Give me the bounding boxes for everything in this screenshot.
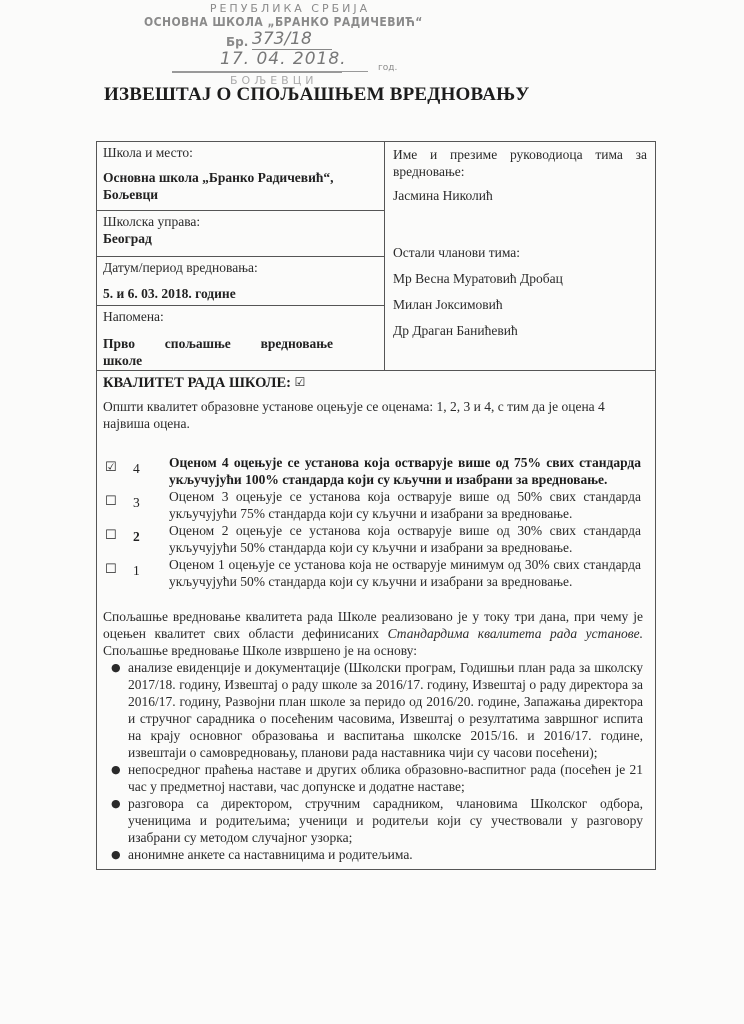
- unchecked-checkbox-icon[interactable]: ☐: [103, 494, 133, 509]
- team-column: Име и презиме руководиоца тима за вредно…: [385, 142, 655, 370]
- evaluation-paragraph: Спољашње вредновање квалитета рада Школе…: [103, 608, 649, 659]
- team-member: Мр Весна Муратовић Дробац: [393, 270, 647, 287]
- note-label: Напомена:: [103, 308, 378, 325]
- team-leader-label: Име и презиме руководиоца тима за вредно…: [393, 146, 647, 180]
- quality-heading-text: КВАЛИТЕТ РАДА ШКОЛЕ:: [103, 375, 291, 391]
- note-cell: Напомена: Прво спољашње вредновање школе: [97, 306, 384, 370]
- stamp-number-label: Бр.: [226, 35, 248, 49]
- grade-number: 2: [133, 529, 169, 545]
- list-item-text: анонимне анкете са наставницима и родите…: [128, 847, 413, 862]
- page-title: ИЗВЕШТАЈ О СПОЉАШЊЕМ ВРЕДНОВАЊУ: [104, 84, 530, 106]
- grade-number: 4: [133, 461, 169, 477]
- stamp-year-label: год.: [378, 63, 397, 73]
- date-label: Датум/период вредновања:: [103, 259, 378, 276]
- note-value-line1: Прво спољашње вредновање: [103, 335, 333, 352]
- quality-section: КВАЛИТЕТ РАДА ШКОЛЕ: ☑ Општи квалитет об…: [97, 371, 655, 869]
- bullet-icon: ●: [111, 795, 121, 812]
- list-item: ● разговора са директором, стручним сара…: [103, 795, 649, 846]
- uprava-value: Београд: [103, 230, 378, 247]
- list-item: ● непосредног праћења наставе и других о…: [103, 761, 649, 795]
- stamp-date-underline-short: [342, 71, 368, 72]
- grade-option-4: ☑ 4 Оценом 4 оцењује се установа која ос…: [103, 454, 649, 488]
- school-value: Основна школа „Бранко Радичевић“, Бољевц…: [103, 169, 378, 203]
- uprava-label: Школска управа:: [103, 213, 378, 230]
- team-member: Др Драган Банићевић: [393, 322, 647, 339]
- stamp-country: РЕПУБЛИКА СРБИЈА: [170, 2, 410, 15]
- school-cell: Школа и место: Основна школа „Бранко Рад…: [97, 142, 384, 211]
- date-value: 5. и 6. 03. 2018. године: [103, 285, 378, 302]
- team-members-label: Остали чланови тима:: [393, 244, 647, 261]
- list-item: ● анализе евиденције и документације (Шк…: [103, 659, 649, 761]
- list-item: ● анонимне анкете са наставницима и роди…: [103, 846, 649, 863]
- stamp-number-row: Бр. 373/18: [150, 29, 410, 51]
- checked-checkbox-icon: ☑: [295, 373, 306, 391]
- paragraph-italic: Стандардима квалитета рада установе.: [388, 626, 643, 641]
- stamp-date-underline: [172, 71, 342, 73]
- list-item-text: непосредног праћења наставе и других обл…: [128, 762, 643, 794]
- info-left-column: Школа и место: Основна школа „Бранко Рад…: [97, 142, 385, 370]
- report-table: Школа и место: Основна школа „Бранко Рад…: [96, 141, 656, 870]
- stamp-date-value: 17. 04. 2018.: [220, 49, 347, 69]
- date-cell: Датум/период вредновања: 5. и 6. 03. 201…: [97, 257, 384, 306]
- school-label: Школа и место:: [103, 144, 378, 161]
- info-section: Школа и место: Основна школа „Бранко Рад…: [97, 142, 655, 371]
- team-leader-name: Јасмина Николић: [393, 187, 647, 204]
- list-item-text: анализе евиденције и документације (Школ…: [128, 660, 643, 760]
- grade-option-3: ☐ 3 Оценом 3 оцењује се установа која ос…: [103, 488, 649, 522]
- stamp-date-row: 17. 04. 2018. год.: [150, 51, 410, 73]
- grade-number: 1: [133, 563, 169, 579]
- list-item-text: разговора са директором, стручним сарадн…: [128, 796, 643, 845]
- quality-heading: КВАЛИТЕТ РАДА ШКОЛЕ: ☑: [103, 373, 649, 392]
- grade-list: ☑ 4 Оценом 4 оцењује се установа која ос…: [103, 454, 649, 590]
- checked-checkbox-icon[interactable]: ☑: [103, 460, 133, 475]
- uprava-cell: Школска управа: Београд: [97, 211, 384, 257]
- grade-option-1: ☐ 1 Оценом 1 оцењује се установа која не…: [103, 556, 649, 590]
- grade-description: Оценом 4 оцењује се установа која оствар…: [169, 454, 649, 488]
- stamp-school: ОСНОВНА ШКОЛА „БРАНКО РАДИЧЕВИЋ“: [144, 15, 383, 29]
- stamp-number-value: 373/18: [252, 29, 332, 50]
- bullet-icon: ●: [111, 659, 121, 676]
- bullet-icon: ●: [111, 761, 121, 778]
- team-member: Милан Јоксимовић: [393, 296, 647, 313]
- bullet-icon: ●: [111, 846, 121, 863]
- unchecked-checkbox-icon[interactable]: ☐: [103, 528, 133, 543]
- note-value-line2: школе: [103, 352, 378, 369]
- evaluation-basis-list: ● анализе евиденције и документације (Шк…: [103, 659, 649, 863]
- grade-description: Оценом 2 оцењује се установа која оствар…: [169, 522, 649, 556]
- paragraph-text-2: Спољашње вредновање Школе извршено је на…: [103, 643, 417, 658]
- quality-intro: Општи квалитет образовне установе оцењуј…: [103, 398, 633, 432]
- grade-description: Оценом 1 оцењује се установа која не ост…: [169, 556, 649, 590]
- grade-description: Оценом 3 оцењује се установа која оствар…: [169, 488, 649, 522]
- registry-stamp: РЕПУБЛИКА СРБИЈА ОСНОВНА ШКОЛА „БРАНКО Р…: [150, 2, 410, 73]
- grade-option-2: ☐ 2 Оценом 2 оцењује се установа која ос…: [103, 522, 649, 556]
- grade-number: 3: [133, 495, 169, 511]
- unchecked-checkbox-icon[interactable]: ☐: [103, 562, 133, 577]
